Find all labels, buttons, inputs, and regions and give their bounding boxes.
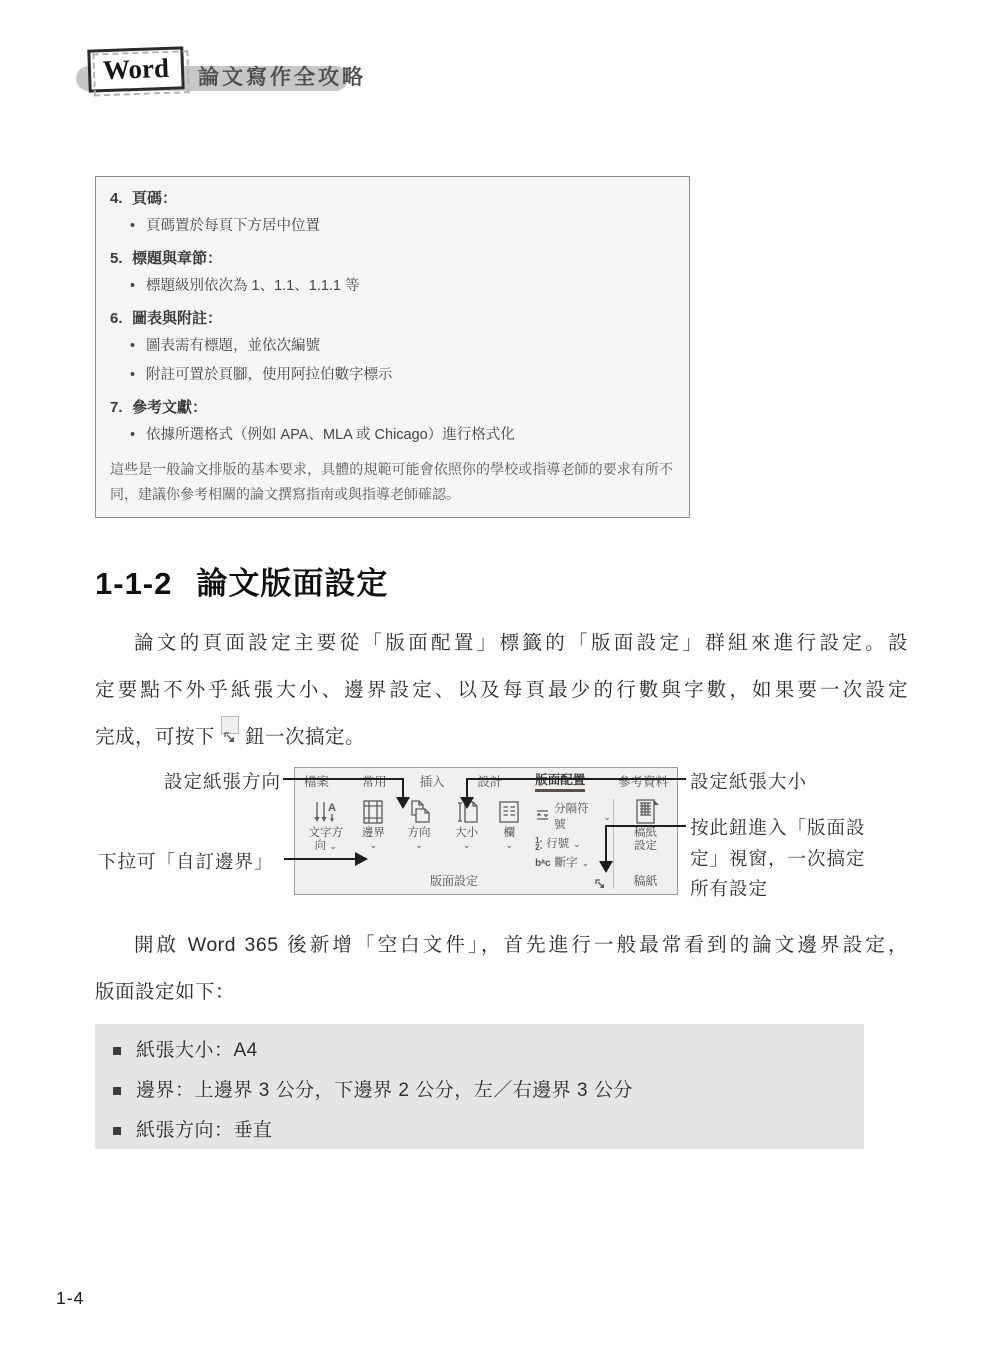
hyphenation-icon: bᵃc <box>535 860 550 867</box>
manuscript-paper-icon <box>632 797 660 827</box>
item-number: 6. <box>110 306 132 332</box>
word-logo: Word <box>87 46 184 92</box>
group-label-manuscript: 稿紙 <box>633 871 657 894</box>
arrow-down-icon <box>599 861 613 873</box>
callout-set-paper-size: 設定紙張大小 <box>690 768 807 794</box>
paragraph-line: 版面設定如下： <box>95 969 908 1016</box>
tab-references[interactable]: 參考資料 <box>618 774 668 790</box>
page-setup-dialog-launcher[interactable] <box>594 877 607 890</box>
text-direction-icon: A <box>312 797 340 827</box>
margins-button[interactable]: 邊界 ⌄ <box>355 797 393 850</box>
item-number: 4. <box>110 186 132 212</box>
callout-set-paper-orientation: 設定紙張方向 <box>120 768 281 794</box>
section-title: 論文版面設定 <box>196 566 388 601</box>
chevron-down-icon: ⌄ <box>506 840 514 850</box>
columns-button[interactable]: 欄 ⌄ <box>493 797 525 850</box>
book-title: 論文寫作全攻略 <box>198 61 366 91</box>
callout-line <box>284 858 356 860</box>
list-item: 7.參考文獻： •依據所選格式（例如 APA、MLA 或 Chicago）進行格… <box>110 395 673 450</box>
chevron-down-icon: ⌄ <box>329 841 337 851</box>
bullet-icon: • <box>130 212 135 241</box>
tab-layout[interactable]: 版面配置 <box>535 772 585 792</box>
callout-line <box>466 778 468 798</box>
list-item: 5.標題與章節： •標題級別依次為 1、1.1、1.1.1 等 <box>110 246 673 301</box>
line-numbers-button[interactable]: 1-2- 行號 ⌄ <box>535 836 611 852</box>
page-setup-summary-box: 紙張大小：A4 邊界：上邊界 3 公分，下邊界 2 公分，左／右邊界 3 公分 … <box>95 1024 864 1149</box>
bullet-text: 依據所選格式（例如 APA、MLA 或 Chicago）進行格式化 <box>146 427 515 443</box>
word-logo-text: Word <box>102 53 169 86</box>
group-label-page-setup: 版面設定 <box>430 874 478 888</box>
columns-icon <box>496 797 522 827</box>
info-box-footer: 這些是一般論文排版的基本要求，具體的規範可能會依照你的學校或指導老師的要求有所不… <box>110 457 673 507</box>
text-direction-button[interactable]: A 文字方 向 ⌄ <box>303 797 349 853</box>
callout-page-setup-launcher: 按此鈕進入「版面設 定」視窗，一次搞定 所有設定 <box>690 813 895 905</box>
word-ribbon: 檔案 常用 插入 設計 版面配置 參考資料 A 文字方 <box>294 767 678 895</box>
list-item: 6.圖表與附註： •圖表需有標題，並依次編號 •附註可置於頁腳，使用阿拉伯數字標… <box>110 306 673 390</box>
paragraph-line: 論文的頁面設定主要從「版面配置」標籤的「版面設定」群組來進行設定。設 <box>95 620 908 667</box>
chevron-down-icon: ⌄ <box>415 840 423 850</box>
item-title: 頁碼： <box>132 190 177 207</box>
tab-insert[interactable]: 插入 <box>420 774 445 790</box>
item-title: 標題與章節： <box>132 250 222 267</box>
paragraph-layout-intro: 論文的頁面設定主要從「版面配置」標籤的「版面設定」群組來進行設定。設 定要點不外… <box>95 620 908 761</box>
chevron-down-icon: ⌄ <box>370 840 378 850</box>
ribbon-tabs: 檔案 常用 插入 設計 版面配置 參考資料 <box>295 768 677 794</box>
chevron-down-icon: ⌄ <box>603 812 611 822</box>
bullet-icon: • <box>130 272 135 301</box>
callout-line <box>283 778 404 780</box>
dialog-launcher-inline-icon <box>221 716 239 734</box>
svg-text:A: A <box>328 802 336 814</box>
paragraph-line: 定要點不外乎紙張大小、邊界設定、以及每頁最少的行數與字數，如果要一次設定 <box>95 667 908 714</box>
page-number: 1-4 <box>56 1288 84 1309</box>
page-setup-group: A 文字方 向 ⌄ 邊界 ⌄ <box>295 794 613 894</box>
arrow-right-icon <box>355 852 368 866</box>
thesis-requirements-box: 4.頁碼： •頁碼置於每頁下方居中位置 5.標題與章節： •標題級別依次為 1、… <box>95 176 690 518</box>
paragraph-word365: 開啟 Word 365 後新增「空白文件」，首先進行一般最常看到的論文邊界設定，… <box>95 922 908 1016</box>
chevron-down-icon: ⌄ <box>582 858 590 868</box>
callout-custom-margins: 下拉可「自訂邊界」 <box>98 848 274 874</box>
arrow-down-icon <box>396 797 410 809</box>
bullet-text: 標題級別依次為 1、1.1、1.1.1 等 <box>146 278 360 294</box>
breaks-button[interactable]: 分隔符號 ⌄ <box>535 801 611 833</box>
paragraph-line: 完成，可按下鈕一次搞定。 <box>95 714 908 761</box>
breaks-icon <box>535 808 550 827</box>
bullet-text: 頁碼置於每頁下方居中位置 <box>146 218 320 234</box>
callout-line <box>606 825 686 827</box>
section-number: 1-1-2 <box>95 566 172 601</box>
arrow-down-icon <box>460 797 474 809</box>
item-number: 7. <box>110 395 132 421</box>
line-numbers-icon: 1-2- <box>535 837 542 851</box>
bullet-icon: • <box>130 361 135 390</box>
callout-line <box>605 825 607 863</box>
setting-margins: 邊界：上邊界 3 公分，下邊界 2 公分，左／右邊界 3 公分 <box>95 1071 864 1111</box>
item-title: 參考文獻： <box>132 399 207 416</box>
tab-file[interactable]: 檔案 <box>304 774 329 790</box>
chevron-down-icon: ⌄ <box>573 839 581 849</box>
bullet-icon: • <box>130 421 135 450</box>
setting-orientation: 紙張方向：垂直 <box>95 1111 864 1151</box>
paragraph-line: 開啟 Word 365 後新增「空白文件」，首先進行一般最常看到的論文邊界設定， <box>95 922 908 969</box>
chevron-down-icon: ⌄ <box>463 840 471 850</box>
setting-paper-size: 紙張大小：A4 <box>95 1031 864 1071</box>
callout-line <box>402 778 404 798</box>
item-number: 5. <box>110 246 132 272</box>
tab-design[interactable]: 設計 <box>477 774 502 790</box>
callout-line <box>467 778 686 780</box>
bullet-text: 圖表需有標題，並依次編號 <box>146 338 320 354</box>
bullet-text: 附註可置於頁腳，使用阿拉伯數字標示 <box>146 367 393 383</box>
tab-home[interactable]: 常用 <box>362 774 387 790</box>
bullet-icon: • <box>130 332 135 361</box>
item-title: 圖表與附註： <box>132 310 222 327</box>
margins-icon <box>360 797 386 827</box>
section-heading: 1-1-2論文版面設定 <box>95 558 388 603</box>
manuscript-group: 稿紙 設定 稿紙 <box>614 794 677 894</box>
list-item: 4.頁碼： •頁碼置於每頁下方居中位置 <box>110 186 673 241</box>
